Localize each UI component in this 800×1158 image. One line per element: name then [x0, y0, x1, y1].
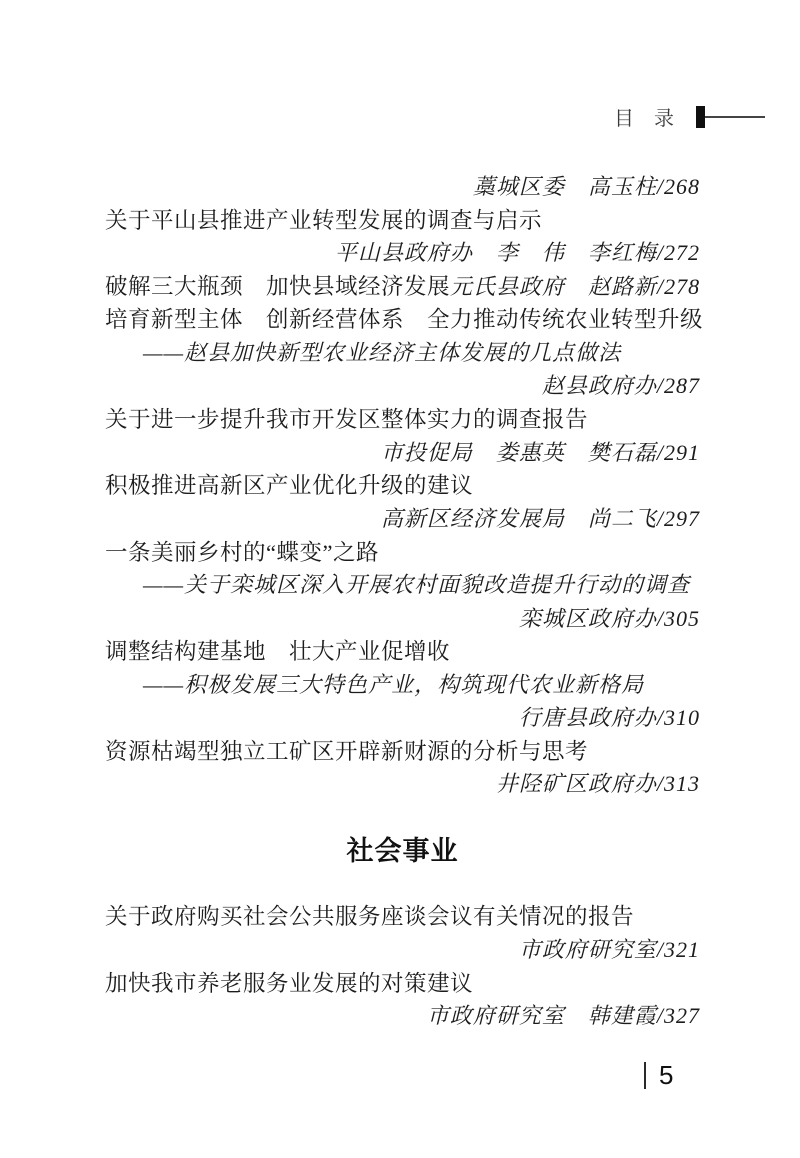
- page-number: 5: [659, 1060, 673, 1091]
- section-heading: 社会事业: [105, 832, 700, 866]
- toc-entry-byline: 元氏县政府 赵路新/278: [450, 270, 700, 301]
- toc-entry-byline: 赵县政府办/287: [105, 368, 700, 401]
- toc-entry-subtitle: ——积极发展三大特色产业，构筑现代农业新格局: [105, 667, 700, 700]
- toc-entry-title: 破解三大瓶颈 加快县域经济发展: [105, 269, 450, 301]
- toc-entry-title: 培育新型主体 创新经营体系 全力推动传统农业转型升级: [105, 302, 700, 335]
- toc-entry-subtitle: ——赵县加快新型农业经济主体发展的几点做法: [105, 335, 700, 368]
- toc-entry-byline: 高新区经济发展局 尚二飞/297: [105, 501, 700, 534]
- folio-divider-bar: [644, 1062, 646, 1089]
- toc-list: 藁城区委 高玉柱/268 关于平山县推进产业转型发展的调查与启示 平山县政府办 …: [105, 169, 700, 1031]
- toc-entry-byline: 市政府研究室/321: [105, 932, 700, 965]
- toc-entry-title: 关于政府购买社会公共服务座谈会议有关情况的报告: [105, 899, 700, 932]
- toc-entry-byline: 栾城区政府办/305: [105, 600, 700, 633]
- toc-entry-byline: 市政府研究室 韩建霞/327: [105, 998, 700, 1031]
- toc-entry-title: 关于进一步提升我市开发区整体实力的调查报告: [105, 401, 700, 434]
- toc-entry-byline: 藁城区委 高玉柱/268: [105, 169, 700, 202]
- toc-entry-byline: 市投促局 娄惠英 樊石磊/291: [105, 435, 700, 468]
- toc-entry-title-byline: 破解三大瓶颈 加快县域经济发展 元氏县政府 赵路新/278: [105, 269, 700, 302]
- header-title: 目 录: [614, 102, 674, 131]
- toc-entry-byline: 井陉矿区政府办/313: [105, 766, 700, 799]
- toc-entry-title: 资源枯竭型独立工矿区开辟新财源的分析与思考: [105, 733, 700, 766]
- toc-entry-title: 加快我市养老服务业发展的对策建议: [105, 965, 700, 998]
- toc-entry-subtitle: ——关于栾城区深入开展农村面貌改造提升行动的调查: [105, 567, 700, 600]
- page-footer: 5: [644, 1060, 673, 1091]
- toc-page: 目 录 藁城区委 高玉柱/268 关于平山县推进产业转型发展的调查与启示 平山县…: [0, 0, 800, 1158]
- header-marker-block: [696, 106, 705, 128]
- header-rule-line: [705, 116, 765, 118]
- page-header: 目 录: [0, 102, 800, 131]
- toc-entry-title: 关于平山县推进产业转型发展的调查与启示: [105, 202, 700, 235]
- toc-entry-title: 一条美丽乡村的“蝶变”之路: [105, 534, 700, 567]
- toc-entry-title: 调整结构建基地 壮大产业促增收: [105, 634, 700, 667]
- toc-entry-byline: 行唐县政府办/310: [105, 700, 700, 733]
- toc-entry-byline: 平山县政府办 李 伟 李红梅/272: [105, 235, 700, 268]
- toc-entry-title: 积极推进高新区产业优化升级的建议: [105, 468, 700, 501]
